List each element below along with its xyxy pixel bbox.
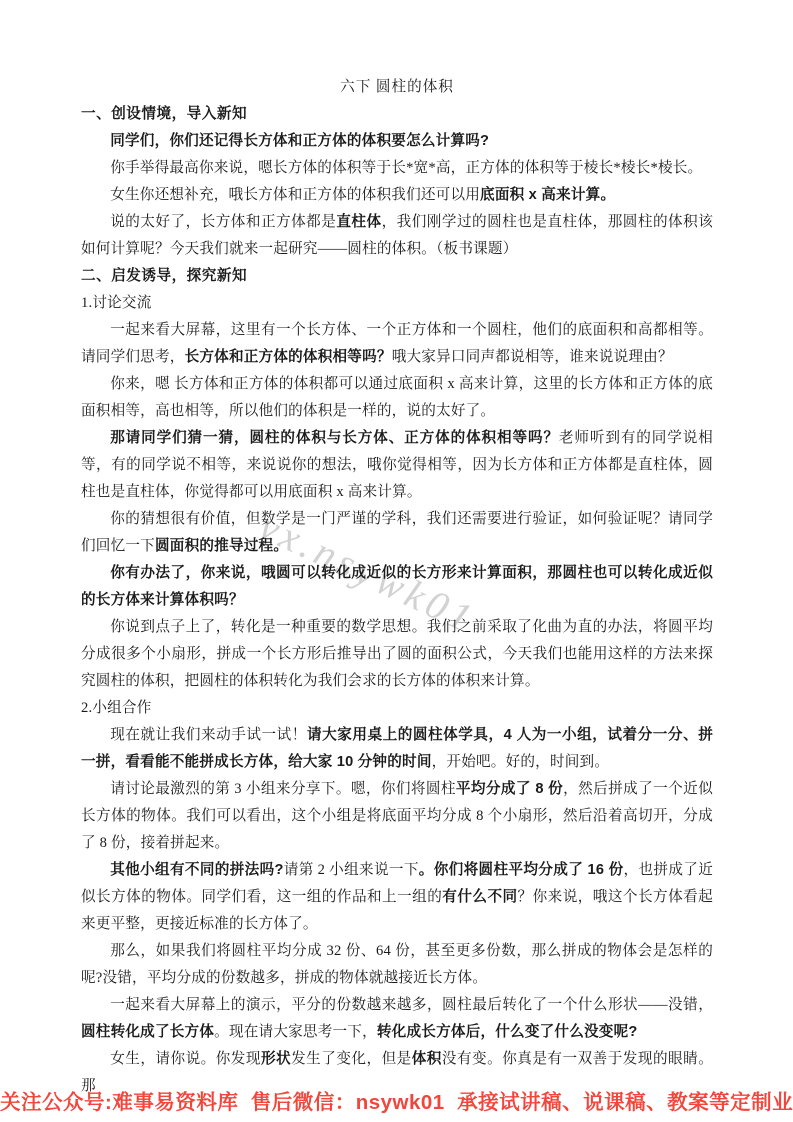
bold-text-run: 平均分成了 8 份 <box>456 781 563 797</box>
text-run: 一起来看大屏幕上的演示，平分的份数越来越多，圆柱最后转化了一个什么形状——没错， <box>110 997 713 1013</box>
paragraph: 你来，嗯 长方体和正方体的体积都可以通过底面积 x 高来计算，这里的长方体和正方… <box>81 371 713 425</box>
bold-text-run: 二、启发诱导，探究新知 <box>81 268 247 284</box>
paragraph: 那么，如果我们将圆柱平均分成 32 份、64 份，甚至更多份数，那么拼成的物体会… <box>81 938 713 992</box>
paragraph: 现在就让我们来动手试一试！请大家用桌上的圆柱体学具，4 人为一小组，试着分一分、… <box>81 722 713 776</box>
section-heading: 二、启发诱导，探究新知 <box>81 263 713 290</box>
paragraph: 你有办法了，你来说，哦圆可以转化成近似的长方形来计算面积，那圆柱也可以转化成近似… <box>81 560 713 614</box>
bold-text-run: 同学们，你们还记得长方体和正方体的体积要怎么计算吗? <box>110 133 489 149</box>
text-run: 六下 圆柱的体积 <box>340 79 454 95</box>
text-run: 。现在请大家思考一下， <box>214 1024 377 1040</box>
section-heading: 一、创设情境，导入新知 <box>81 101 713 128</box>
text-run: 哦大家异口同声都说相等，谁来说说理由？ <box>392 349 673 365</box>
document-page: vx.nsywk01 六下 圆柱的体积一、创设情境，导入新知同学们，你们还记得长… <box>0 0 793 1122</box>
text-run: 女生，请你说。你发现 <box>110 1051 261 1067</box>
document-content: 六下 圆柱的体积一、创设情境，导入新知同学们，你们还记得长方体和正方体的体积要怎… <box>81 74 713 1100</box>
bold-text-run: 其他小组有不同的拼法吗? <box>110 862 283 878</box>
paragraph: 你手举得最高你来说，嗯长方体的体积等于长*宽*高，正方体的体积等于棱长*棱长*棱… <box>81 155 713 182</box>
paragraph: 那请同学们猜一猜，圆柱的体积与长方体、正方体的体积相等吗？老师听到有的同学说相等… <box>81 425 713 506</box>
paragraph: 说的太好了，长方体和正方体都是直柱体，我们刚学过的圆柱也是直柱体，那圆柱的体积该… <box>81 209 713 263</box>
bold-text-run: 体积 <box>412 1051 442 1067</box>
paragraph: 请讨论最激烈的第 3 小组来分享下。嗯，你们将圆柱平均分成了 8 份，然后拼成了… <box>81 776 713 857</box>
text-run: 你来，嗯 长方体和正方体的体积都可以通过底面积 x 高来计算，这里的长方体和正方… <box>81 376 713 419</box>
text-run: 那么，如果我们将圆柱平均分成 32 份、64 份，甚至更多份数，那么拼成的物体会… <box>81 943 713 986</box>
paragraph: 你的猜想很有价值，但数学是一门严谨的学科，我们还需要进行验证，如何验证呢？请同学… <box>81 506 713 560</box>
text-run: 发生了变化，但是 <box>291 1051 412 1067</box>
paragraph: 同学们，你们还记得长方体和正方体的体积要怎么计算吗? <box>81 128 713 155</box>
text-run: 你手举得最高你来说，嗯长方体的体积等于长*宽*高，正方体的体积等于棱长*棱长*棱… <box>110 160 702 176</box>
bold-text-run: 你有办法了，你来说，哦圆可以转化成近似的长方形来计算面积，那圆柱也可以转化成近似… <box>81 565 713 608</box>
bold-text-run: 。 <box>600 187 615 203</box>
text-run: 说的太好了，长方体和正方体都是 <box>110 214 336 230</box>
bold-text-run: 长方体和正方体的体积相等吗？ <box>185 349 392 365</box>
bold-text-run: 。你们将圆柱平均分成了 16 份 <box>419 862 624 878</box>
bold-text-run: 形状 <box>261 1051 291 1067</box>
bold-text-run: 圆柱转化成了长方体 <box>81 1024 214 1040</box>
paragraph: 2.小组合作 <box>81 695 713 722</box>
bold-text-run: 有什么不同 <box>442 889 517 905</box>
text-run: 请讨论最激烈的第 3 小组来分享下。嗯，你们将圆柱 <box>110 781 456 797</box>
paragraph: 一起来看大屏幕，这里有一个长方体、一个正方体和一个圆柱，他们的底面积和高都相等。… <box>81 317 713 371</box>
text-run: ，开始吧。好的，时间到。 <box>432 754 610 770</box>
footer-banner: 关注公众号:难事易资料库 售后微信：nsywk01 承接试讲稿、说课稿、教案等定… <box>0 1085 793 1115</box>
bold-text-run: 转化成长方体后，什么变了什么没变呢? <box>377 1024 638 1040</box>
text-run: 请第 2 小组来说一下 <box>284 862 419 878</box>
paragraph: 女生你还想补充，哦长方体和正方体的体积我们还可以用底面积 x 高来计算。 <box>81 182 713 209</box>
paragraph: 你说到点子上了，转化是一种重要的数学思想。我们之前采取了化曲为直的办法，将圆平均… <box>81 614 713 695</box>
paragraph: 其他小组有不同的拼法吗?请第 2 小组来说一下。你们将圆柱平均分成了 16 份，… <box>81 857 713 938</box>
paragraph: 一起来看大屏幕上的演示，平分的份数越来越多，圆柱最后转化了一个什么形状——没错，… <box>81 992 713 1046</box>
bold-text-run: 圆面积的推导过程。 <box>155 538 288 554</box>
document-title: 六下 圆柱的体积 <box>81 74 713 101</box>
text-run: 现在就让我们来动手试一试！ <box>110 727 307 743</box>
bold-text-run: 那请同学们猜一猜，圆柱的体积与长方体、正方体的体积相等吗？ <box>110 430 559 446</box>
bold-text-run: 一、创设情境，导入新知 <box>81 106 247 122</box>
text-run: 2.小组合作 <box>81 700 152 716</box>
text-run: 女生你还想补充，哦长方体和正方体的体积我们还可以用 <box>110 187 480 203</box>
text-run: 你说到点子上了，转化是一种重要的数学思想。我们之前采取了化曲为直的办法，将圆平均… <box>81 619 713 689</box>
paragraph: 1.讨论交流 <box>81 290 713 317</box>
bold-text-run: 底面积 x 高来计算 <box>480 187 600 203</box>
bold-text-run: 直柱体 <box>336 214 381 230</box>
text-run: 1.讨论交流 <box>81 295 152 311</box>
